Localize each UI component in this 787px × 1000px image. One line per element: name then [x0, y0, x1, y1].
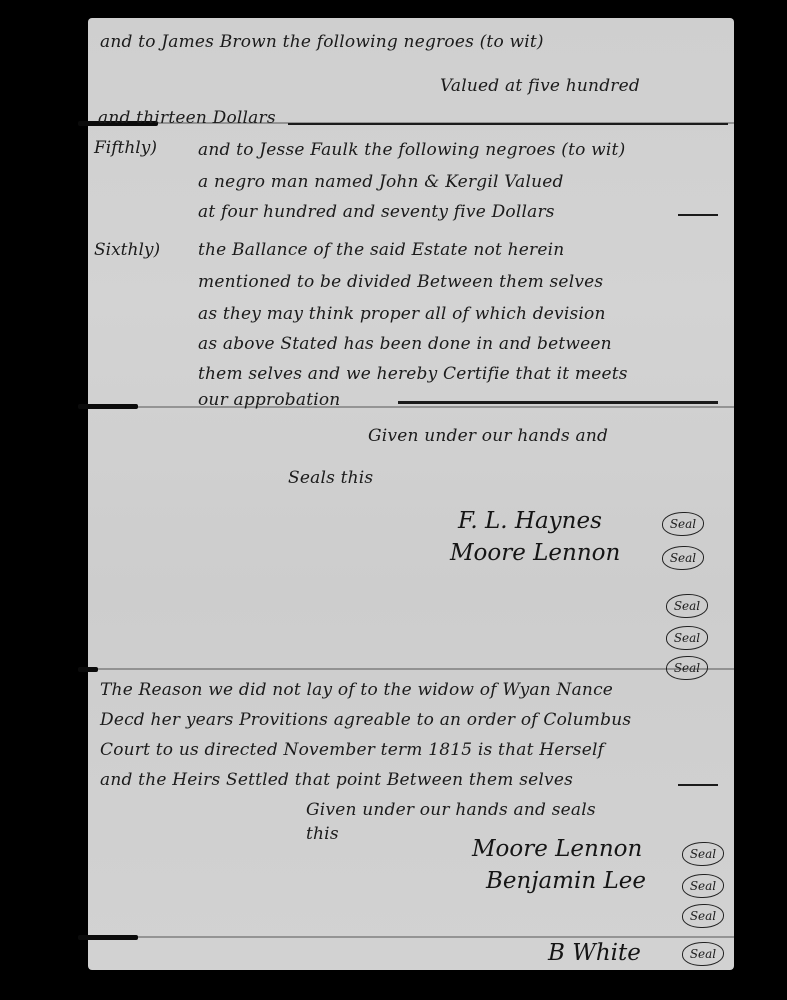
fold-tear — [78, 404, 138, 409]
text-line: them selves and we hereby Certifie that … — [198, 364, 628, 384]
seal-mark: Seal — [666, 626, 708, 650]
text-line: our approbation — [198, 390, 340, 410]
fold-tear — [78, 667, 98, 672]
fold-line — [88, 668, 734, 670]
text-line: Given under our hands and seals — [306, 800, 596, 820]
signature: F. L. Haynes — [458, 508, 602, 534]
fold-line — [88, 406, 734, 408]
text-line: the Ballance of the said Estate not here… — [198, 240, 564, 260]
text-line: Valued at five hundred — [440, 76, 640, 96]
signature: Moore Lennon — [472, 836, 642, 862]
text-line: Court to us directed November term 1815 … — [100, 740, 604, 760]
text-line: Seals this — [288, 468, 373, 488]
line-filler — [288, 123, 728, 125]
text-line: as they may think proper all of which de… — [198, 304, 606, 324]
manuscript-page: and to James Brown the following negroes… — [88, 18, 734, 970]
text-line: a negro man named John & Kergil Valued — [198, 172, 564, 192]
section-label-fifthly: Fifthly) — [94, 138, 157, 158]
line-filler — [678, 784, 718, 786]
seal-mark: Seal — [682, 942, 724, 966]
seal-mark: Seal — [682, 904, 724, 928]
text-line: mentioned to be divided Between them sel… — [198, 272, 603, 292]
text-line: The Reason we did not lay of to the wido… — [100, 680, 613, 700]
seal-mark: Seal — [666, 656, 708, 680]
seal-mark: Seal — [666, 594, 708, 618]
text-line: as above Stated has been done in and bet… — [198, 334, 612, 354]
text-line: and thirteen Dollars — [98, 108, 276, 128]
section-label-sixthly: Sixthly) — [94, 240, 160, 260]
text-line: at four hundred and seventy five Dollars — [198, 202, 555, 222]
text-line: Given under our hands and — [368, 426, 608, 446]
line-filler — [678, 214, 718, 216]
fold-tear — [78, 935, 138, 940]
seal-mark: Seal — [682, 842, 724, 866]
seal-mark: Seal — [662, 512, 704, 536]
text-line: this — [306, 824, 339, 844]
line-filler — [398, 401, 718, 404]
signature: B White — [548, 940, 641, 966]
fold-line — [88, 936, 734, 938]
text-line: and to Jesse Faulk the following negroes… — [198, 140, 625, 160]
signature: Benjamin Lee — [486, 868, 646, 894]
seal-mark: Seal — [682, 874, 724, 898]
text-line: and to James Brown the following negroes… — [100, 32, 544, 52]
signature: Moore Lennon — [450, 540, 620, 566]
text-line: and the Heirs Settled that point Between… — [100, 770, 573, 790]
seal-mark: Seal — [662, 546, 704, 570]
text-line: Decd her years Provitions agreable to an… — [100, 710, 631, 730]
